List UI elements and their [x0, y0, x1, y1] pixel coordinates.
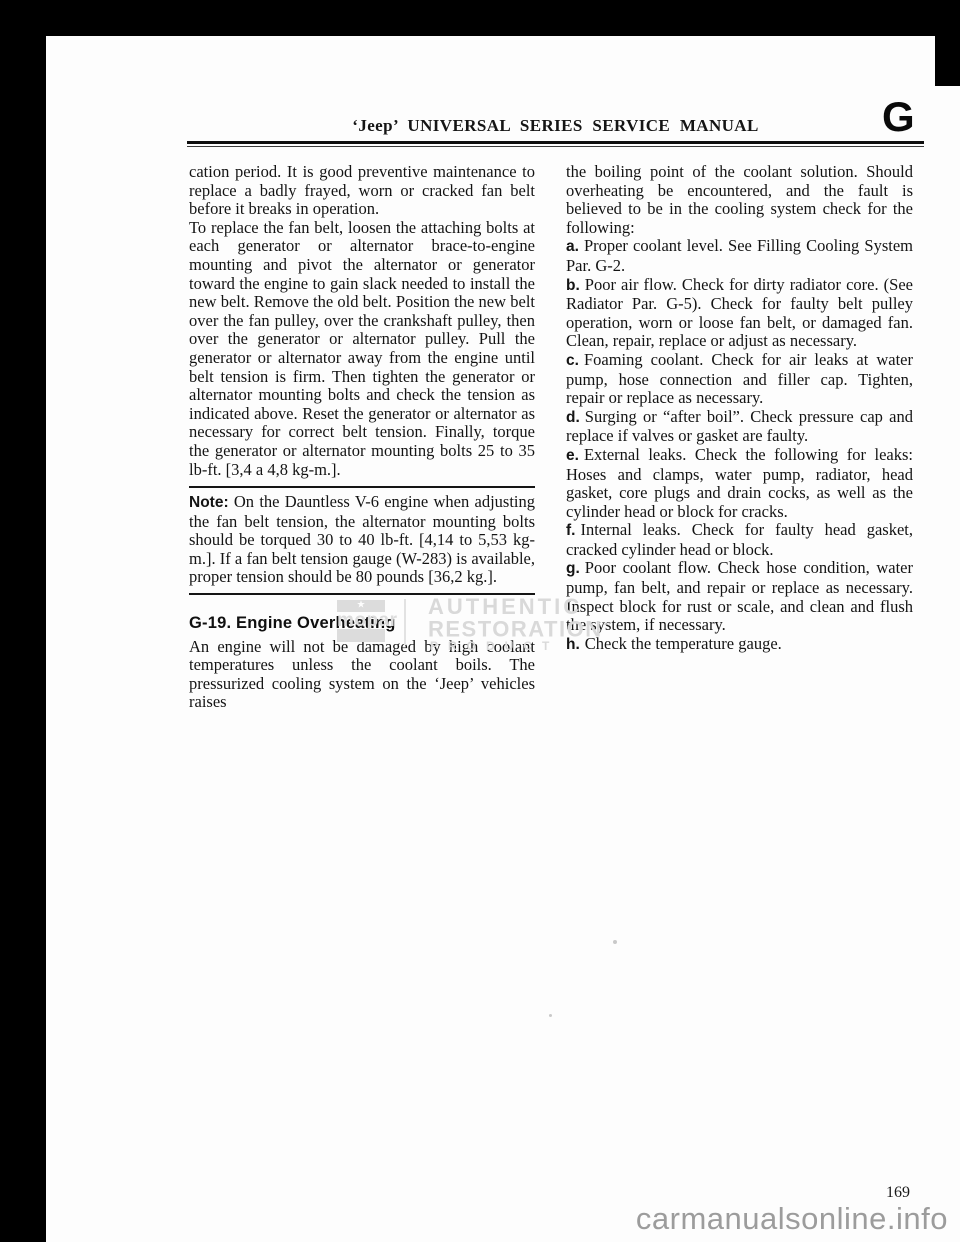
watermark-divider [404, 599, 406, 645]
mopar-logo-top-bar: ★ [337, 600, 385, 612]
header-rule-thin [187, 146, 924, 147]
watermark-text: AUTHENTIC RESTORATION™ PRODUCT [428, 597, 612, 653]
paragraph-belt-replacement: To replace the fan belt, loosen the atta… [189, 219, 535, 479]
item-text: External leaks. Check the following for … [566, 445, 913, 521]
section-letter-g: G [882, 96, 926, 138]
page-number: 169 [886, 1184, 910, 1202]
scan-speck [613, 940, 617, 944]
item-text: Poor air flow. Check for dirty radiator … [566, 275, 913, 351]
item-letter: f. [566, 522, 580, 539]
item-letter: a. [566, 238, 584, 255]
note-paragraph: Note: On the Dauntless V-6 engine when a… [189, 493, 535, 587]
list-item-f: f.Internal leaks. Check for faulty head … [566, 521, 913, 559]
list-item-a: a.Proper coolant level. See Filling Cool… [566, 237, 913, 275]
note-text: On the Dauntless V-6 engine when adjusti… [189, 492, 535, 586]
paragraph-continuation: cation period. It is good preventive mai… [189, 163, 535, 219]
page-header-title: ‘Jeep’ UNIVERSAL SERIES SERVICE MANUAL [187, 116, 924, 136]
list-item-h: h.Check the temperature gauge. [566, 635, 913, 655]
watermark-restoration: RESTORATION™ [428, 616, 612, 638]
note-block: Note: On the Dauntless V-6 engine when a… [189, 486, 535, 595]
list-item-d: d.Surging or “after boil”. Check pressur… [566, 408, 913, 446]
list-item-c: c.Foaming coolant. Check for air leaks a… [566, 351, 913, 408]
right-column: the boiling point of the coolant solutio… [566, 163, 913, 654]
scan-border-top [0, 0, 960, 36]
trademark-symbol: ™ [603, 621, 613, 630]
pentastar-icon: ★ [357, 601, 366, 611]
scan-border-left [0, 0, 46, 1242]
list-item-g: g.Poor coolant flow. Check hose conditio… [566, 559, 913, 634]
item-text: Internal leaks. Check for faulty head ga… [566, 520, 913, 559]
item-text: Surging or “after boil”. Check pressure … [566, 407, 913, 446]
intro-paragraph: the boiling point of the coolant solutio… [566, 163, 913, 237]
item-text: Check the temperature gauge. [585, 634, 782, 653]
list-item-e: e.External leaks. Check the following fo… [566, 446, 913, 521]
scanned-manual-page: { "header": { "title": "\u2018Jeep\u2019… [0, 0, 960, 1242]
watermark-restoration-text: RESTORATION [428, 616, 603, 641]
item-letter: b. [566, 277, 585, 294]
item-text: Foaming coolant. Check for air leaks at … [566, 350, 913, 407]
scan-speck [549, 1014, 552, 1017]
item-text: Poor coolant flow. Check hose condition,… [566, 558, 913, 634]
list-item-b: b.Poor air flow. Check for dirty radiato… [566, 276, 913, 351]
header-rule [187, 141, 924, 144]
item-letter: d. [566, 409, 585, 426]
item-letter: e. [566, 447, 584, 464]
note-label: Note: [189, 494, 229, 511]
site-watermark: carmanualsonline.info [636, 1201, 948, 1237]
mopar-wordmark: mopar [337, 612, 385, 629]
mopar-logo: ★ mopar [337, 600, 385, 642]
item-letter: g. [566, 560, 585, 577]
scan-border-right-corner [935, 0, 960, 86]
mopar-logo-bottom-bar [337, 629, 385, 642]
item-text: Proper coolant level. See Filling Coolin… [566, 236, 913, 275]
watermark-authentic: AUTHENTIC [428, 597, 612, 616]
watermark-product: PRODUCT [430, 640, 612, 653]
item-letter: c. [566, 352, 584, 369]
